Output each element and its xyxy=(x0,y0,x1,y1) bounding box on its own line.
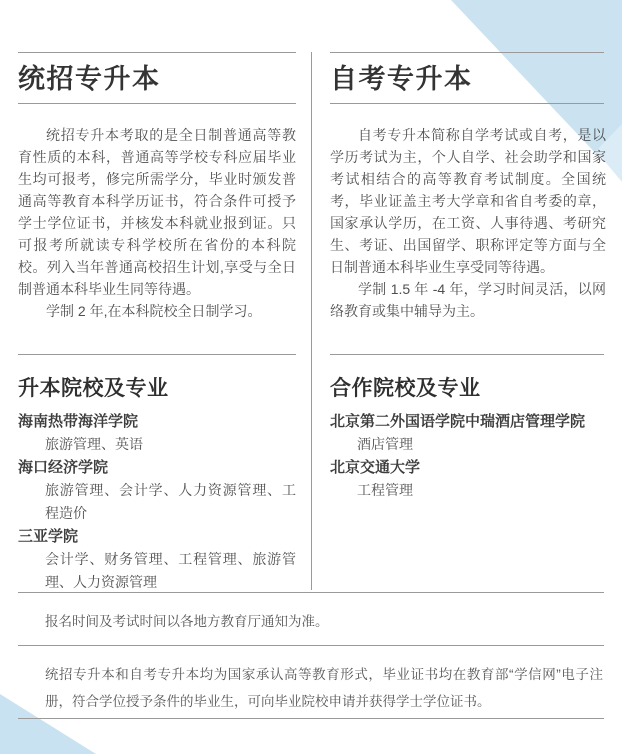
school-majors: 会计学、财务管理、工程管理、旅游管理、人力资源管理 xyxy=(18,548,296,594)
section-title-schools-left: 升本院校及专业 xyxy=(18,374,169,404)
school-list-left: 海南热带海洋学院 旅游管理、英语 海口经济学院 旅游管理、会计学、人力资源管理、… xyxy=(18,410,296,594)
section-title-schools-right: 合作院校及专业 xyxy=(330,374,481,404)
footer-rule-2 xyxy=(18,645,604,646)
section-rule-right xyxy=(330,354,604,355)
section-rule-left xyxy=(18,354,296,355)
flyer-page: 统招专升本 统招专升本考取的是全日制普通高等教育性质的本科，普通高等学校专科应届… xyxy=(0,0,622,754)
column-body-zikao: 自考专升本简称自学考试或自考，是以学历考试为主，个人自学、社会助学和国家考试相结… xyxy=(330,124,606,322)
school-majors: 旅游管理、会计学、人力资源管理、工程造价 xyxy=(18,479,296,525)
paragraph: 学制 1.5 年 -4 年，学习时间灵活，以网络教育或集中辅导为主。 xyxy=(330,278,606,322)
column-divider xyxy=(311,52,312,590)
school-entry: 海南热带海洋学院 旅游管理、英语 xyxy=(18,410,296,456)
header-rule-left xyxy=(18,103,296,104)
school-name: 北京第二外国语学院中瑞酒店管理学院 xyxy=(330,410,604,433)
school-name: 海口经济学院 xyxy=(18,456,296,479)
school-entry: 北京交通大学 工程管理 xyxy=(330,456,604,502)
paragraph: 自考专升本简称自学考试或自考，是以学历考试为主，个人自学、社会助学和国家考试相结… xyxy=(330,124,606,278)
school-name: 海南热带海洋学院 xyxy=(18,410,296,433)
school-majors: 旅游管理、英语 xyxy=(18,433,296,456)
school-list-right: 北京第二外国语学院中瑞酒店管理学院 酒店管理 北京交通大学 工程管理 xyxy=(330,410,604,502)
school-name: 北京交通大学 xyxy=(330,456,604,479)
column-title-zikao: 自考专升本 xyxy=(330,62,473,96)
school-majors: 工程管理 xyxy=(330,479,604,502)
top-rule-right xyxy=(330,52,604,53)
footer-rule-3 xyxy=(18,718,604,719)
school-entry: 三亚学院 会计学、财务管理、工程管理、旅游管理、人力资源管理 xyxy=(18,525,296,594)
note-recognition: 统招专升本和自考专升本均为国家承认高等教育形式，毕业证书均在教育部“学信网”电子… xyxy=(45,661,603,715)
column-body-tongzhao: 统招专升本考取的是全日制普通高等教育性质的本科，普通高等学校专科应届毕业生均可报… xyxy=(18,124,296,322)
school-entry: 北京第二外国语学院中瑞酒店管理学院 酒店管理 xyxy=(330,410,604,456)
top-rule-left xyxy=(18,52,296,53)
school-entry: 海口经济学院 旅游管理、会计学、人力资源管理、工程造价 xyxy=(18,456,296,525)
paragraph: 学制 2 年,在本科院校全日制学习。 xyxy=(18,300,296,322)
school-name: 三亚学院 xyxy=(18,525,296,548)
header-rule-right xyxy=(330,103,604,104)
paragraph: 统招专升本考取的是全日制普通高等教育性质的本科，普通高等学校专科应届毕业生均可报… xyxy=(18,124,296,300)
note-registration-time: 报名时间及考试时间以各地方教育厅通知为准。 xyxy=(45,608,605,635)
school-majors: 酒店管理 xyxy=(330,433,604,456)
column-title-tongzhao: 统招专升本 xyxy=(18,62,161,96)
